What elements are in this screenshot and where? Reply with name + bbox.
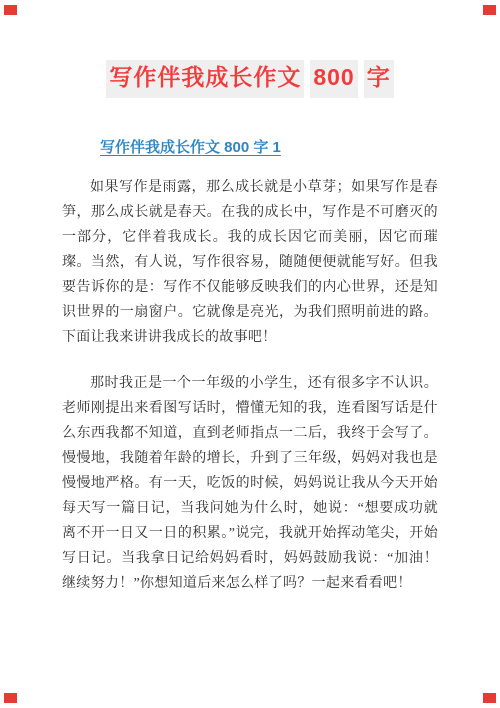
page-title-segment: 800 xyxy=(310,60,357,98)
body-paragraph-1: 如果写作是雨露，那么成长就是小草芽；如果写作是春笋，那么成长就是春天。在我的成长… xyxy=(62,175,438,350)
corner-mark-top-left xyxy=(4,5,17,15)
section-heading-text: 写作伴我成长作文 800 字 1 xyxy=(100,139,281,156)
page-title-segment: 写作伴我成长作文 xyxy=(106,60,304,98)
document-page: 写作伴我成长作文 800 字 写作伴我成长作文 800 字 1 如果写作是雨露，… xyxy=(0,0,500,708)
page-title-segment: 字 xyxy=(364,60,394,98)
body-paragraph-2: 那时我正是一个一年级的小学生，还有很多字不认识。老师刚提出来看图写话时，懵懂无知… xyxy=(62,371,438,596)
corner-mark-bottom-left xyxy=(4,693,17,703)
section-heading: 写作伴我成长作文 800 字 1 xyxy=(100,139,438,157)
corner-mark-top-right xyxy=(483,5,496,15)
page-title: 写作伴我成长作文 800 字 xyxy=(62,60,438,98)
corner-mark-bottom-right xyxy=(483,693,496,703)
